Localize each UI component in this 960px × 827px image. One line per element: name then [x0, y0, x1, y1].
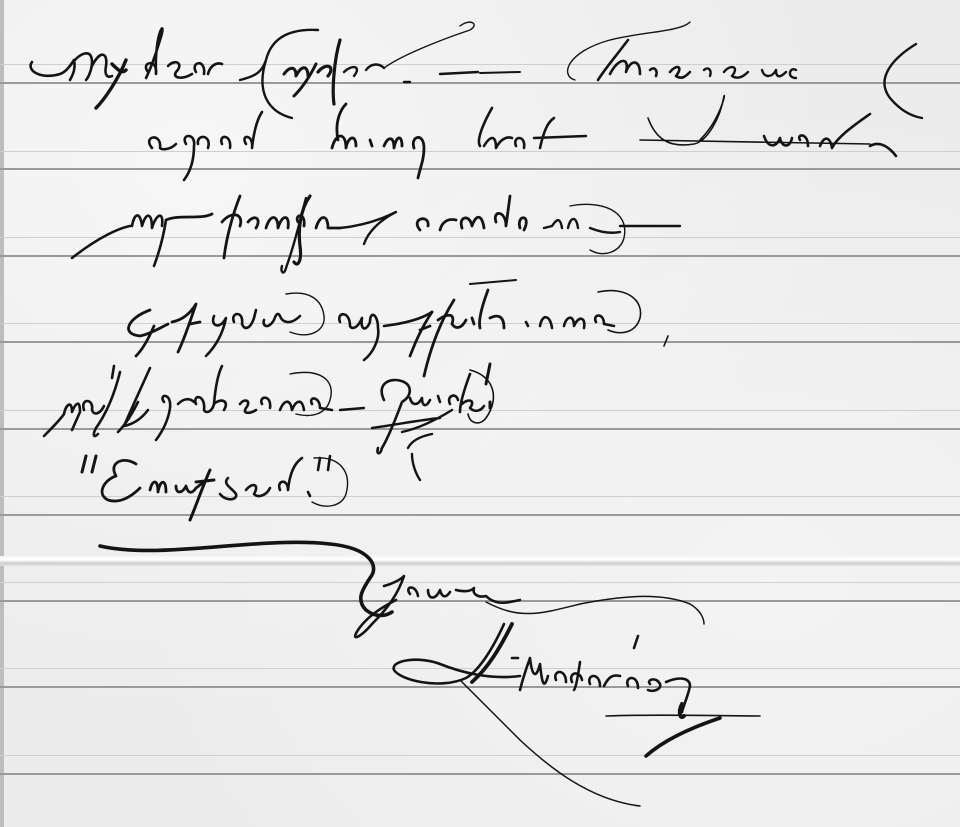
salutation-ink — [31, 22, 478, 118]
line-4-ink — [129, 280, 668, 376]
signature-ink — [394, 624, 760, 806]
handwriting-ink — [0, 0, 960, 827]
line-1-ink — [480, 22, 922, 118]
line-5-ink — [44, 364, 493, 480]
letter-page: My Dear Lupfer. — This is such a good th… — [0, 0, 960, 827]
line-2-ink — [149, 96, 896, 180]
line-6-ink — [82, 456, 348, 520]
closing-ink — [355, 576, 704, 637]
flourish-swash — [100, 542, 392, 615]
line-3-ink — [72, 196, 680, 272]
